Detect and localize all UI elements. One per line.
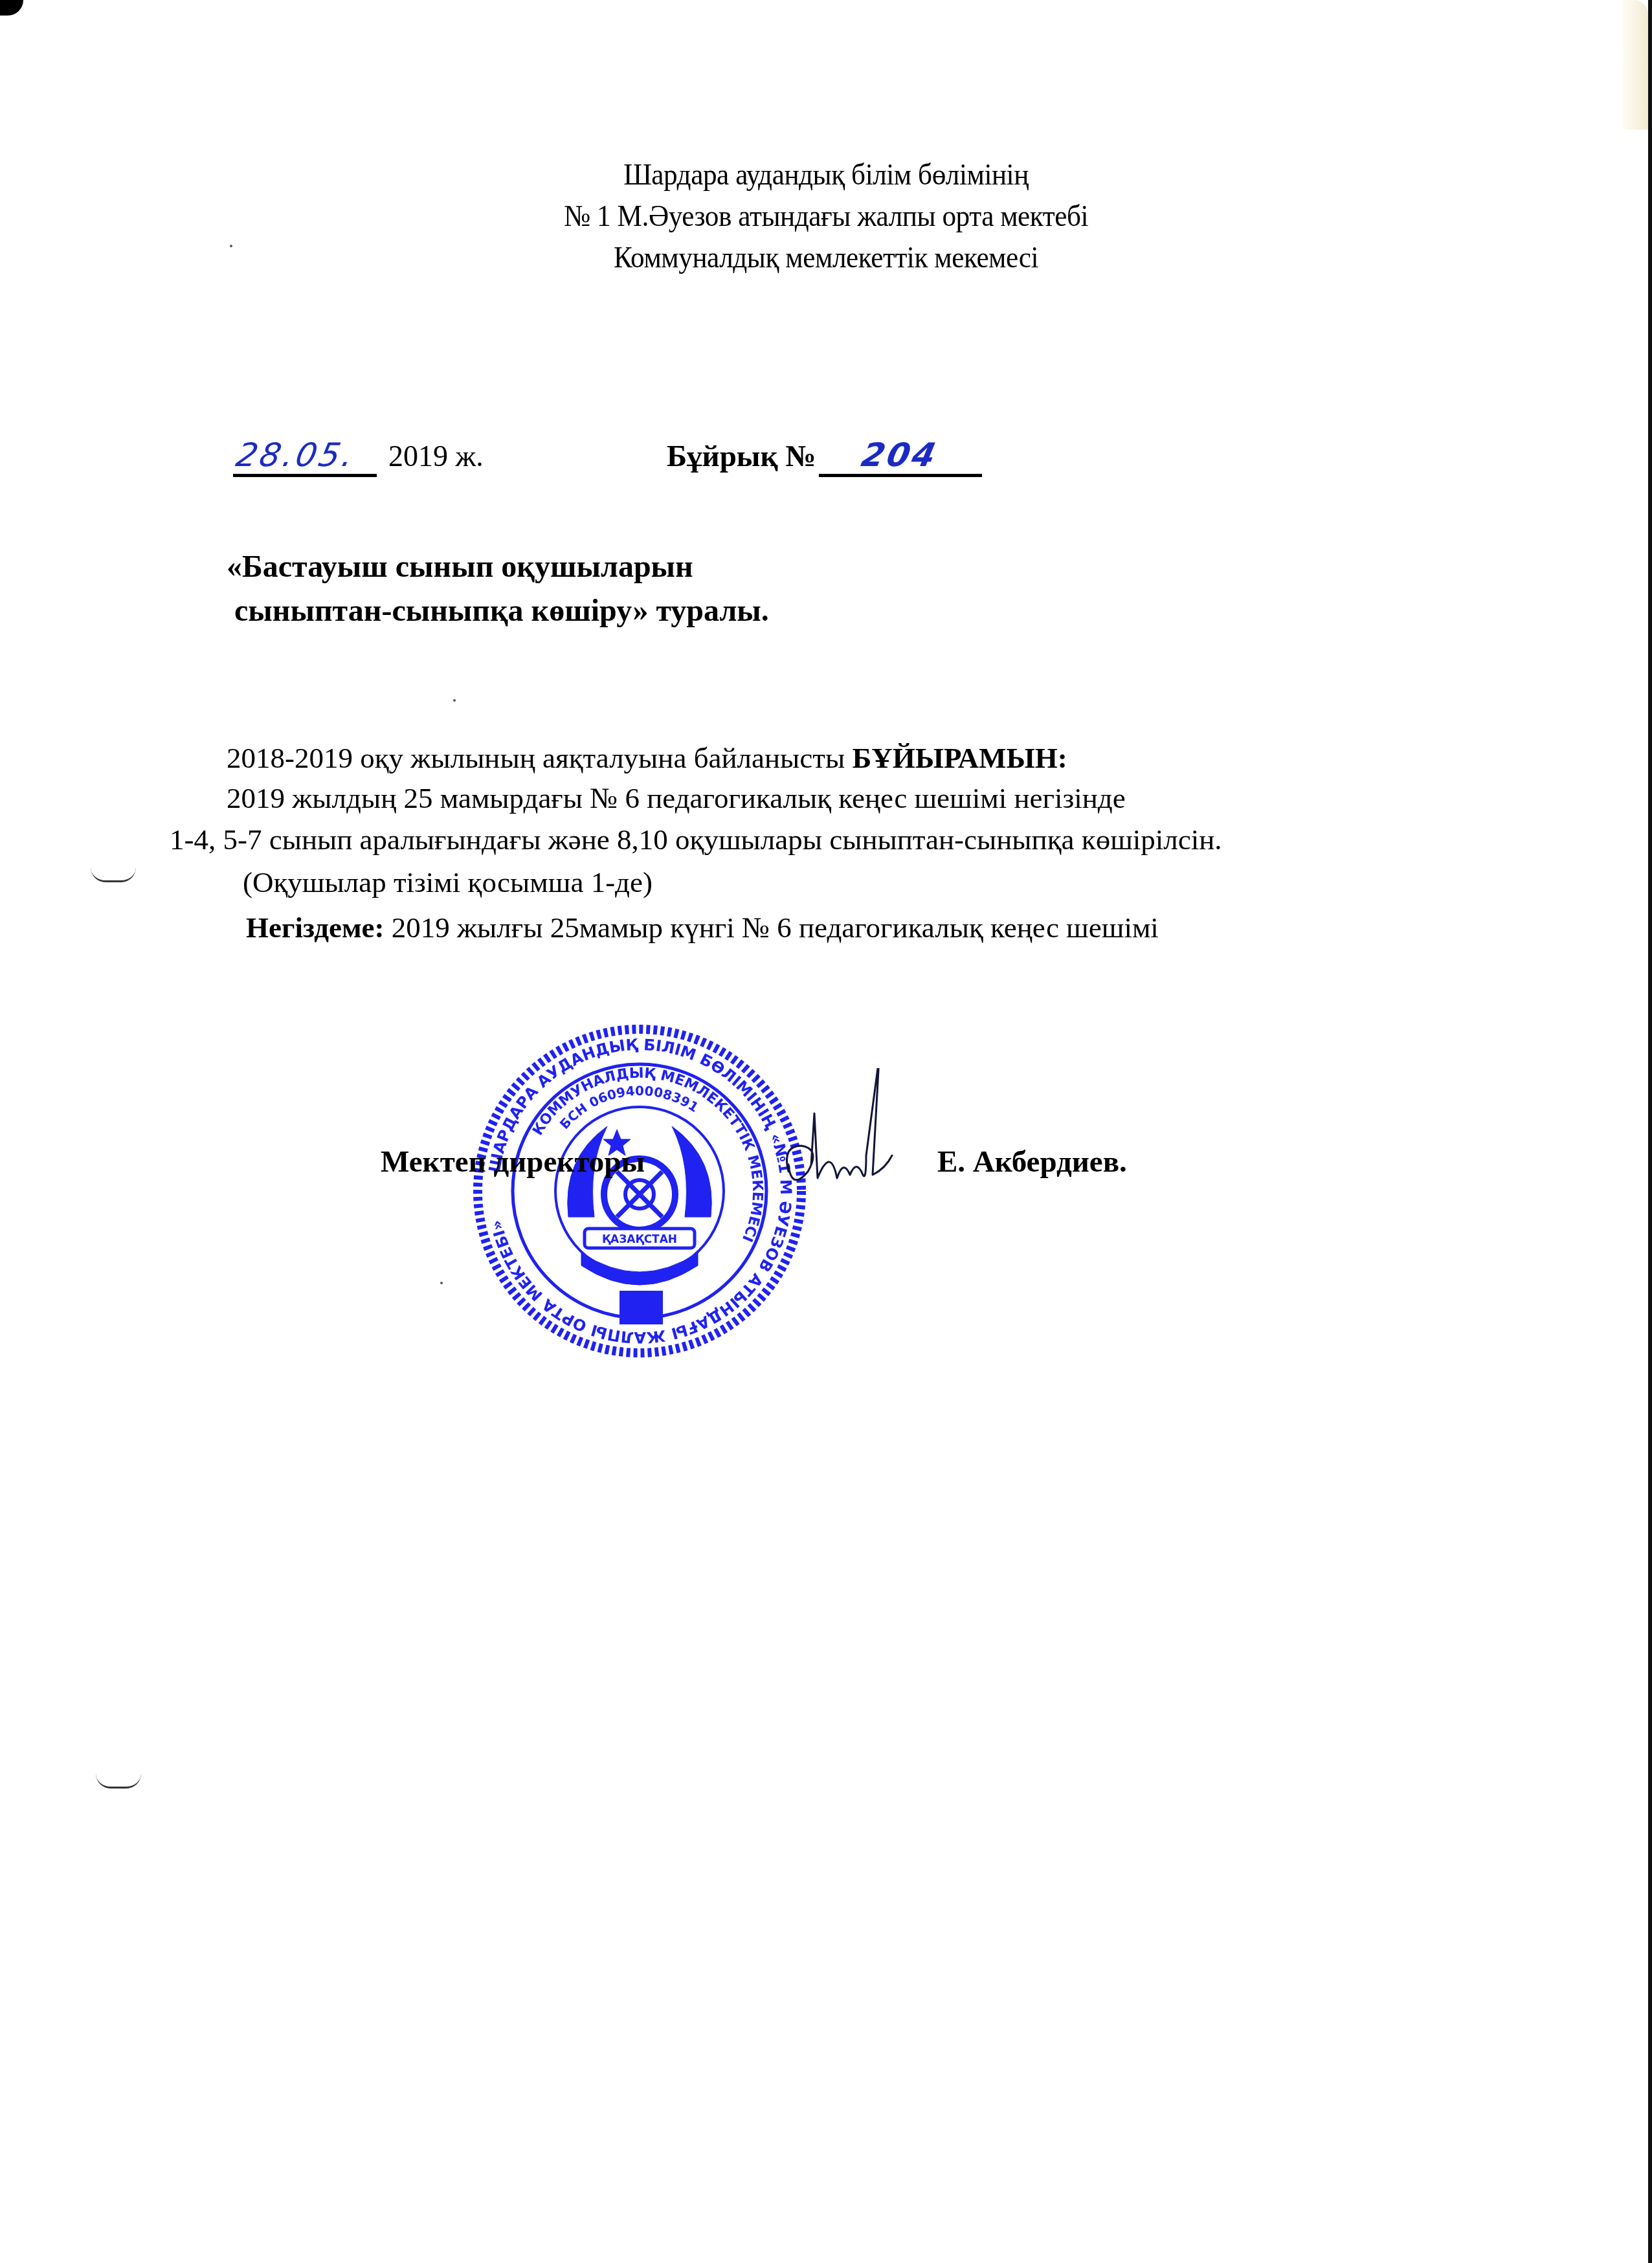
body-paragraph-2: 2019 жылдың 25 мамырдағы № 6 педагогикал… [227, 779, 1126, 817]
handwritten-order-number: 204 [859, 438, 942, 473]
body-paragraph-basis: Негіздеме: 2019 жылғы 25мамыр күнгі № 6 … [246, 909, 1159, 946]
scan-corner-top-left [0, 0, 23, 16]
signature-icon [776, 1068, 905, 1204]
stamp-emblem-text: ҚАЗАҚСТАН [602, 1233, 677, 1246]
punch-hole-mark [96, 1774, 141, 1789]
header-line-3: Коммуналдық мемлекеттік мекемесі [66, 237, 1586, 278]
body-paragraph-3: 1-4, 5-7 сынып аралығындағы және 8,10 оқ… [170, 821, 1222, 858]
date-year: 2019 ж. [388, 440, 484, 473]
handwritten-date: 28.05. [233, 438, 359, 473]
basis-text: 2019 жылғы 25мамыр күнгі № 6 педагогикал… [385, 911, 1159, 944]
scan-speck [453, 699, 456, 702]
order-directive: БҰЙЫРАМЫН: [852, 742, 1067, 774]
date-underline-field: 28.05. [233, 438, 377, 477]
order-title: «Бастауыш сынып оқушыларын сыныптан-сыны… [227, 545, 769, 633]
order-label: Бұйрық № [667, 440, 816, 473]
scan-edge-paper-fold [1622, 0, 1648, 129]
order-number-underline-field: 204 [819, 438, 982, 477]
header-line-1: Шардара аудандық білім бөлімінің [66, 154, 1586, 195]
order-number-row: Бұйрық №204 [667, 438, 982, 477]
body-p1-text: 2018-2019 оқу жылының аяқталуына байланы… [227, 742, 852, 774]
director-position: Мектеп директоры [381, 1144, 645, 1179]
basis-label: Негіздеме: [246, 911, 385, 944]
header-line-2: № 1 М.Әуезов атындағы жалпы орта мектебі [66, 195, 1586, 237]
scanned-document-page: Шардара аудандық білім бөлімінің № 1 М.Ә… [0, 0, 1652, 2263]
body-paragraph-1: 2018-2019 оқу жылының аяқталуына байланы… [227, 739, 1067, 777]
institution-header: Шардара аудандық білім бөлімінің № 1 М.Ә… [0, 154, 1652, 278]
body-paragraph-4: (Оқушылар тізімі қосымша 1-де) [243, 864, 653, 901]
title-line-2: сыныптан-сыныпқа көшіру» туралы. [227, 589, 769, 633]
scan-speck [440, 1282, 443, 1284]
order-date: 28.05.2019 ж. [233, 438, 484, 477]
title-line-1: «Бастауыш сынып оқушыларын [227, 545, 769, 589]
official-stamp-icon: ШАРДАРА АУДАНДЫҚ БІЛІМ БӨЛІМІНІҢ «№1 М Ә… [471, 1023, 808, 1359]
scan-edge-right [1648, 0, 1652, 2263]
punch-hole-mark [91, 867, 136, 882]
director-name: Е. Акбердиев. [937, 1144, 1127, 1179]
